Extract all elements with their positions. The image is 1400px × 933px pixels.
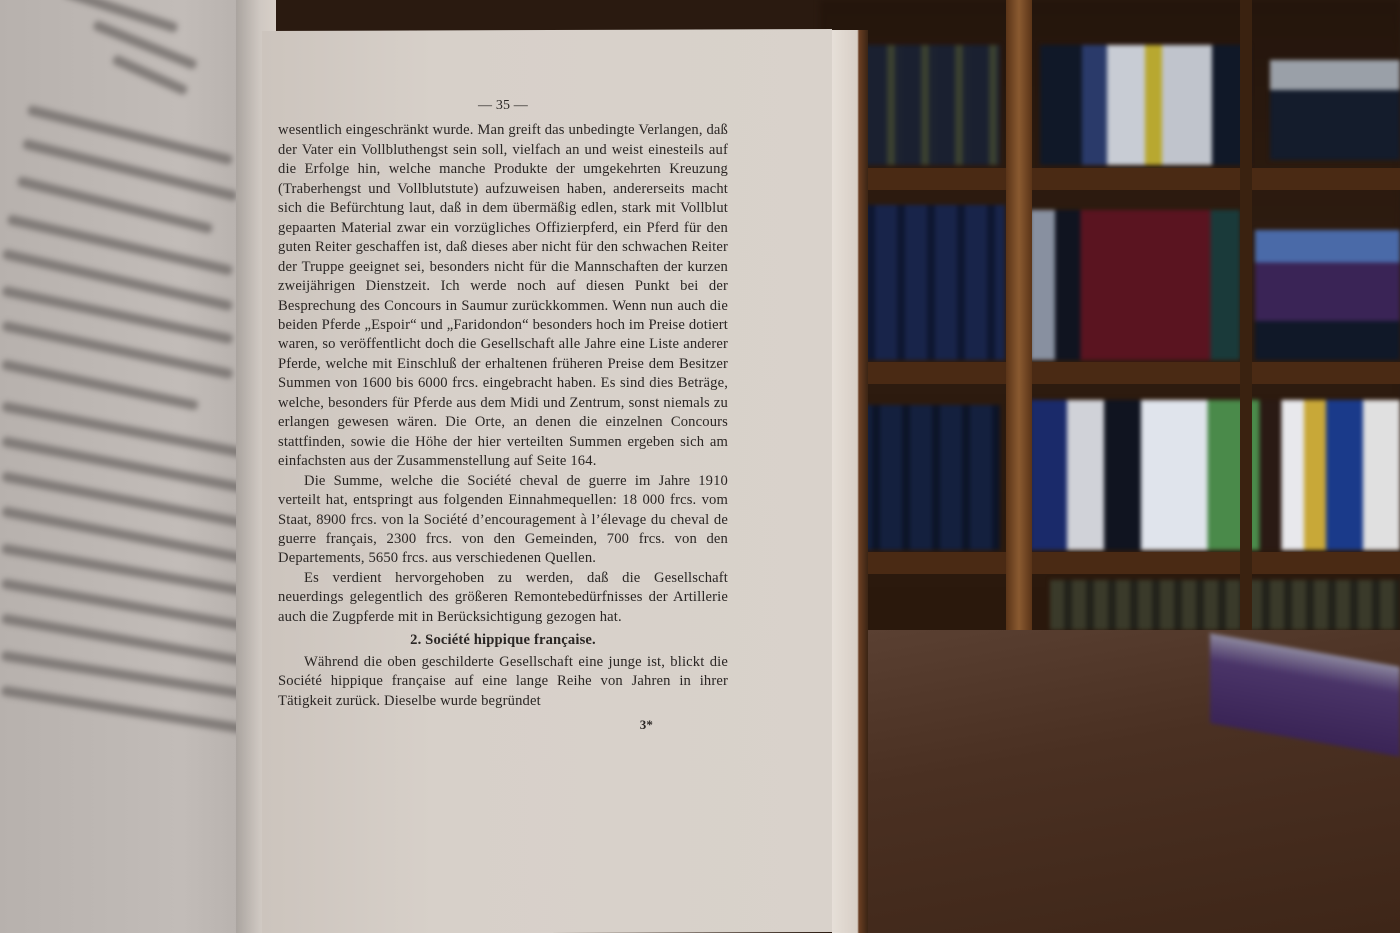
section-paragraph: Während die oben geschilderte Gesellscha…	[278, 653, 728, 711]
right-page-text: — 35 — wesentlich eingeschränkt wurde. M…	[278, 96, 728, 735]
photo-scene: — 35 — wesentlich eingeschränkt wurde. M…	[0, 0, 1400, 933]
paragraph-2: Die Summe, welche die Société cheval de …	[278, 472, 728, 569]
paragraph-3: Es verdient hervorgehoben zu werden, daß…	[278, 569, 728, 627]
book-spines-row1c	[1270, 60, 1400, 160]
paragraph-1: wesentlich eingeschränkt wurde. Man grei…	[278, 121, 728, 471]
shelf-board-2	[820, 362, 1400, 384]
shelf-post-2	[1240, 0, 1252, 640]
book-spines-row2c	[1255, 230, 1400, 360]
left-page-blurred-text	[0, 0, 260, 933]
book-spines-row1b	[1040, 45, 1250, 165]
book-spines-row3b	[1030, 400, 1400, 550]
book-spines-row2b	[1030, 210, 1240, 360]
shelf-board-3	[820, 552, 1400, 574]
shelf-board-1	[820, 168, 1400, 190]
book-spines-row3a	[850, 405, 1000, 550]
book-spines-row4	[1050, 580, 1400, 630]
book-spines-row2a	[845, 205, 1005, 360]
shelf-post-1	[1006, 0, 1032, 640]
signature-mark: 3*	[278, 715, 728, 734]
section-heading: 2. Société hippique française.	[278, 631, 728, 650]
page-edge	[832, 30, 868, 933]
page-number: — 35 —	[278, 96, 728, 115]
